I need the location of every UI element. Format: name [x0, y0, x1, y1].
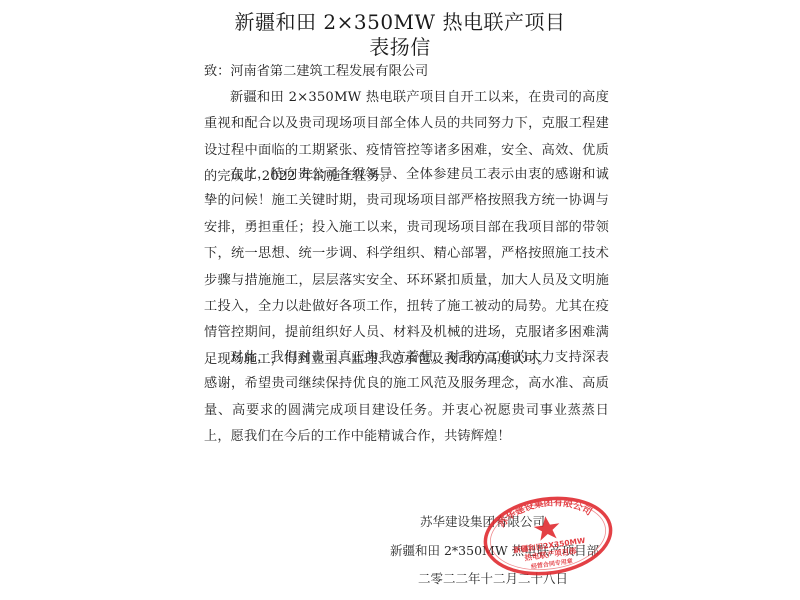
paragraph-text: 对此，我们对贵司真正为我方着想，对我方工作的大力支持深表感谢，希望贵司继续保持优… [204, 345, 609, 451]
signature-company: 苏华建设集团有限公司 [420, 512, 545, 530]
signature-date: 二零二二年十二月二十八日 [418, 569, 568, 587]
signature-department: 新疆和田 2*350MW 热电联产项目部 [390, 541, 599, 559]
letter-subtitle: 表扬信 [0, 31, 800, 60]
letter-page: 新疆和田 2×350MW 热电联产项目 表扬信 致：河南省第二建筑工程发展有限公… [0, 0, 800, 600]
addressee: 致：河南省第二建筑工程发展有限公司 [204, 59, 428, 85]
letter-body-paragraph-2: 在此，特向贵公司各级领导、全体参建员工表示由衷的感谢和诚挚的问候！施工关键时期，… [204, 162, 609, 373]
paragraph-text: 在此，特向贵公司各级领导、全体参建员工表示由衷的感谢和诚挚的问候！施工关键时期，… [204, 162, 609, 373]
letter-body-paragraph-3: 对此，我们对贵司真正为我方着想，对我方工作的大力支持深表感谢，希望贵司继续保持优… [204, 345, 609, 451]
